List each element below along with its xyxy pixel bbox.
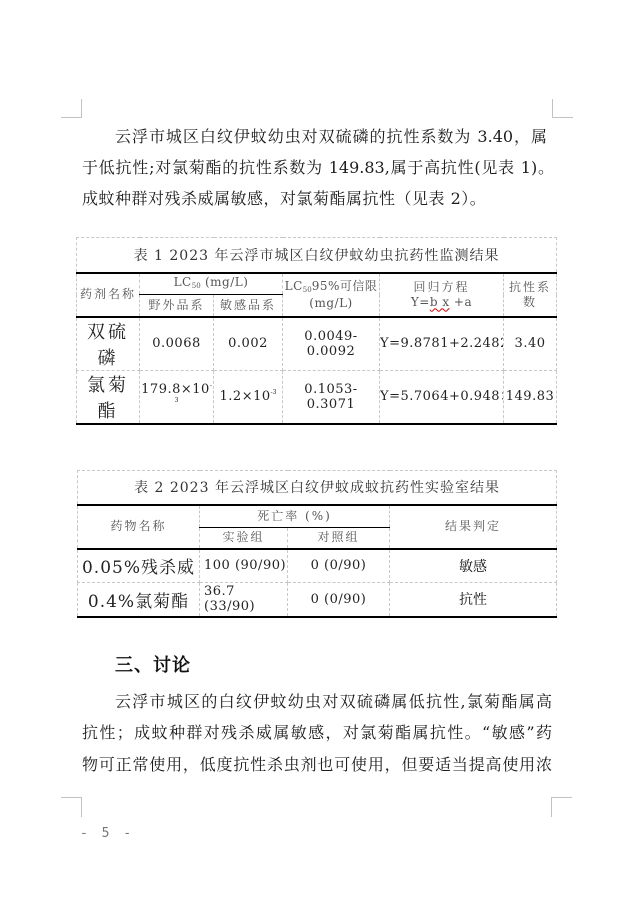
column-header-sensitive-strain: 敏感品系 <box>214 295 283 317</box>
regression-a: +a <box>450 295 473 309</box>
regression-y: Y= <box>411 295 430 309</box>
regression-label: 回归方程 <box>380 280 503 295</box>
corner-mark-bottom-left-v <box>81 797 82 817</box>
exponent: -3 <box>271 389 277 396</box>
cell-control-group: 0 (0/90) <box>288 583 390 617</box>
table-row: 0.05%残杀威 100 (90/90) 0 (0/90) 敏感 <box>78 549 557 583</box>
cell-verdict: 抗性 <box>390 583 557 617</box>
table-caption: 表 1 2023 年云浮市城区白纹伊蚊幼虫抗药性监测结果 <box>77 238 557 273</box>
corner-mark-top-left-v <box>81 99 82 118</box>
cell-sensitive-strain: 0.002 <box>214 317 283 371</box>
column-header-field-strain: 野外品系 <box>140 295 214 317</box>
column-header-mortality: 死亡率 (%) <box>200 505 390 528</box>
cell-control-group: 0 (0/90) <box>288 549 390 583</box>
cell-test-group: 100 (90/90) <box>200 549 288 583</box>
ci-label: 95%可信限 <box>312 279 378 293</box>
column-header-drug: 药剂名称 <box>77 273 140 317</box>
cell-resistance-coefficient: 149.83 <box>504 370 557 424</box>
cell-sensitive-strain: 1.2×10-3 <box>214 370 283 424</box>
corner-mark-bottom-right-v <box>551 797 552 817</box>
value: 0.0068 <box>152 336 201 351</box>
column-header-regression: 回归方程 Y=b x +a <box>380 273 504 317</box>
lc50-unit: (mg/L) <box>201 275 249 289</box>
value: 179.8×10 <box>141 382 210 397</box>
paragraph-line: 抗性；成蚊种群对残杀威属敏感，对氯菊酯属抗性。“敏感”药 <box>82 723 552 743</box>
column-header-verdict: 结果判定 <box>390 505 557 549</box>
ci-prefix: LC <box>285 279 303 293</box>
cell-drug: 0.4%氯菊酯 <box>78 583 200 617</box>
cell-drug: 0.05%残杀威 <box>78 549 200 583</box>
paragraph-line: 于低抗性;对氯菊酯的抗性系数为 149.83,属于高抗性(见表 1)。 <box>82 158 554 178</box>
cell-drug: 氯菊酯 <box>77 370 140 424</box>
cell-resistance-coefficient: 3.40 <box>504 317 557 371</box>
table-caption: 表 2 2023 年云浮城区白纹伊蚊成蚊抗药性实验室结果 <box>78 471 557 505</box>
ci-subscript: 50 <box>303 286 312 294</box>
regression-bx-spellcheck: b x <box>430 295 450 309</box>
page-number: - 5 - <box>80 826 134 841</box>
table-row: 氯菊酯 179.8×10-3 1.2×10-3 0.1053-0.3071 Y=… <box>77 370 557 424</box>
section-heading: 三、讨论 <box>115 655 191 677</box>
column-header-control-group: 对照组 <box>288 528 390 549</box>
column-header-resistance-coefficient: 抗性系数 <box>504 273 557 317</box>
cell-drug: 双硫磷 <box>77 317 140 371</box>
table-row: 双硫磷 0.0068 0.002 0.0049-0.0092 Y=9.8781+… <box>77 317 557 371</box>
table-larval-resistance: 表 1 2023 年云浮市城区白纹伊蚊幼虫抗药性监测结果 药剂名称 LC50 (… <box>76 237 557 425</box>
column-header-lc50: LC50 (mg/L) <box>140 273 283 295</box>
cell-field-strain: 0.0068 <box>140 317 214 371</box>
corner-mark-top-right-h <box>552 117 573 118</box>
cell-verdict: 敏感 <box>390 549 557 583</box>
column-header-drug: 药物名称 <box>78 505 200 549</box>
paragraph-line: 成蚊种群对残杀威属敏感，对氯菊酯属抗性（见表 2）。 <box>82 189 486 209</box>
table-row: 0.4%氯菊酯 36.7 (33/90) 0 (0/90) 抗性 <box>78 583 557 617</box>
table-adult-resistance: 表 2 2023 年云浮城区白纹伊蚊成蚊抗药性实验室结果 药物名称 死亡率 (%… <box>77 470 557 618</box>
value: 1.2×10 <box>220 389 271 404</box>
corner-mark-bottom-left-h <box>61 797 82 798</box>
cell-regression: Y=9.8781+2.2482× <box>380 317 504 371</box>
paragraph-line: 云浮市城区的白纹伊蚊幼虫对双硫磷属低抗性,氯菊酯属高 <box>115 692 552 712</box>
corner-mark-top-left-h <box>61 117 82 118</box>
paragraph-line: 物可正常使用，低度抗性杀虫剂也可使用，但要适当提高使用浓 <box>82 755 552 775</box>
corner-mark-top-right-v <box>552 99 553 118</box>
column-header-test-group: 实验组 <box>200 528 288 549</box>
corner-mark-bottom-right-h <box>551 797 572 798</box>
cell-confidence-interval: 0.0049-0.0092 <box>283 317 380 371</box>
value: 0.002 <box>228 336 268 351</box>
cell-confidence-interval: 0.1053-0.3071 <box>283 370 380 424</box>
cell-field-strain: 179.8×10-3 <box>140 370 214 424</box>
lc50-subscript: 50 <box>192 282 201 290</box>
ci-unit: (mg/L) <box>283 296 379 311</box>
lc50-prefix: LC <box>174 275 192 289</box>
cell-regression: Y=5.7064+0.948× <box>380 370 504 424</box>
cell-test-group: 36.7 (33/90) <box>200 583 288 617</box>
paragraph-line: 云浮市城区白纹伊蚊幼虫对双硫磷的抗性系数为 3.40，属 <box>115 127 547 147</box>
column-header-confidence-interval: LC5095%可信限 (mg/L) <box>283 273 380 317</box>
